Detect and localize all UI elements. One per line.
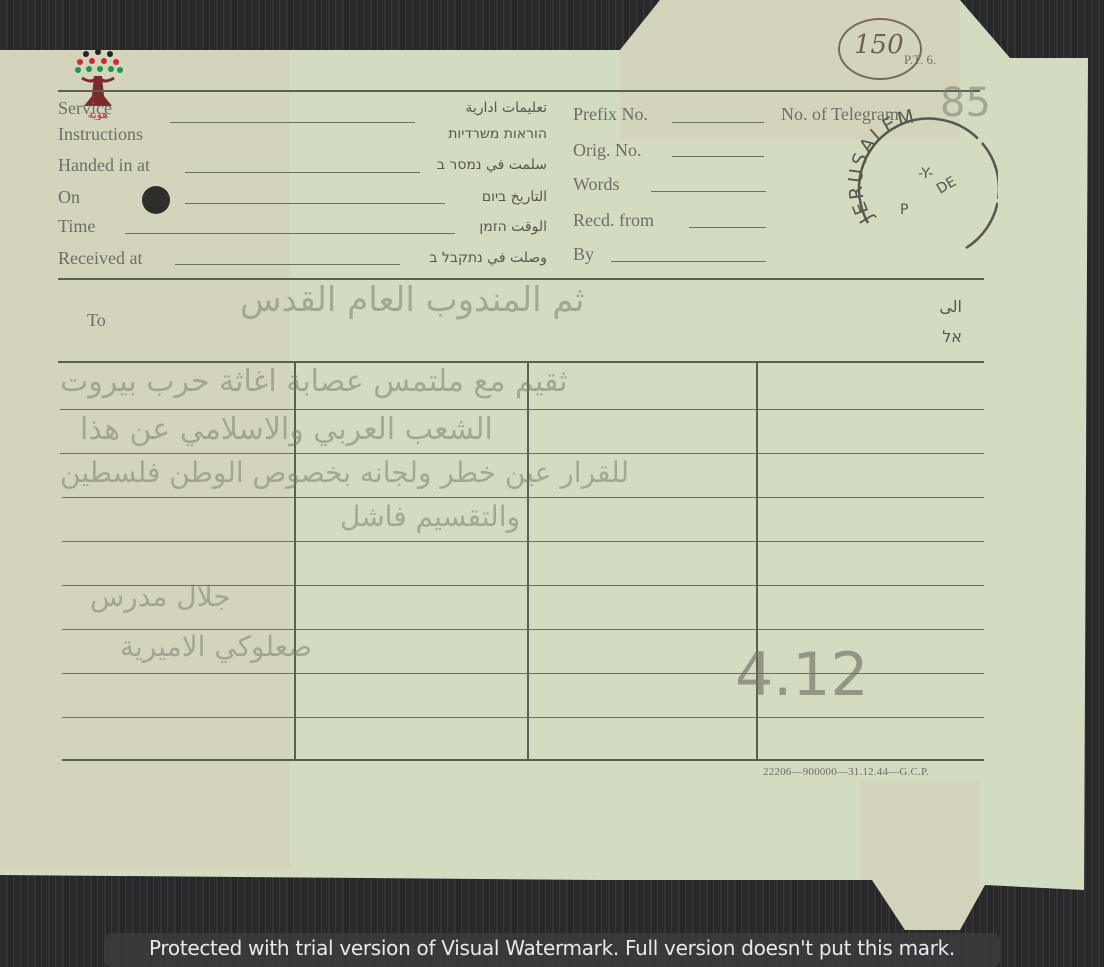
time-label: Time (58, 216, 95, 237)
divider-to (58, 361, 984, 363)
by-line (611, 261, 766, 262)
stamp-line3: P (900, 202, 908, 218)
archive-number-circle: 150 (838, 18, 922, 80)
handed-in-line (185, 172, 420, 173)
received-label-rtl: وصلت في נתקבל ב (429, 250, 547, 266)
handed-in-label-rtl: سلمت في נמסר ב (437, 157, 547, 173)
grid-row-line (62, 497, 984, 498)
recd-from-line (689, 227, 766, 228)
grid-row-line (62, 541, 984, 542)
instructions-label-he: הוראות משרדיות (448, 126, 547, 142)
handwritten-recipient: ثم المندوب العام القدس (240, 280, 584, 320)
grid-row-line (62, 717, 984, 718)
archive-number: 150 (854, 30, 904, 60)
received-at-label: Received at (58, 248, 142, 269)
watermark-text: Protected with trial version of Visual W… (104, 936, 1000, 960)
stamp-line2: DE (934, 174, 959, 198)
on-line (185, 203, 445, 204)
watermark-banner: Protected with trial version of Visual W… (104, 933, 1000, 967)
handwritten-line: للقرار عين خطر ولجانه بخصوص الوطن فلسطين (60, 456, 629, 489)
time-line (125, 233, 455, 234)
time-label-rtl: الوقت הזמן (479, 219, 547, 235)
footer-print-code: 22206—900000—31.12.44—G.C.P. (763, 766, 929, 778)
grid-bottom-rule (62, 759, 984, 761)
handwritten-marginal-number: 4.12 (735, 640, 869, 710)
service-line (170, 122, 415, 123)
words-line (651, 191, 766, 192)
grid-column-divider (527, 363, 529, 759)
stamp-line1: -Y- (918, 166, 933, 182)
on-label: On (58, 187, 80, 208)
by-label: By (573, 244, 594, 265)
prefix-no-label: Prefix No. (573, 104, 648, 125)
instructions-label: Instructions (58, 124, 143, 145)
service-label: Service (58, 98, 112, 119)
grid-row-line (60, 453, 984, 454)
to-label: To (87, 310, 106, 331)
orig-no-label: Orig. No. (573, 140, 642, 161)
handwritten-line: والتقسيم فاشل (340, 500, 520, 533)
recd-from-label: Recd. from (573, 210, 654, 231)
received-line (175, 264, 400, 265)
divider-top (58, 90, 980, 92)
handwritten-line: جلال مدرس (90, 580, 231, 613)
handwritten-top-number: 85 (940, 80, 991, 126)
punch-hole (142, 186, 170, 214)
jerusalem-postmark-stamp: JERUSALEM -Y- DE P (848, 108, 998, 258)
handed-in-label: Handed in at (58, 155, 150, 176)
words-label: Words (573, 174, 620, 195)
handwritten-line: صعلوكي الاميرية (120, 630, 312, 663)
orig-line (672, 156, 764, 157)
prefix-line (672, 122, 764, 123)
grid-row-line (60, 409, 984, 410)
to-label-he: אל (942, 327, 962, 346)
handwritten-line: ثقيم مع ملتمس عصابة اغاثة حرب بيروت (60, 364, 568, 399)
form-code: P.T. 6. (904, 52, 936, 68)
to-label-ar: الى (939, 297, 962, 316)
service-label-ar: تعليمات ادارية (465, 100, 547, 116)
handwritten-line: الشعب العربي والاسلامي عن هذا (80, 412, 493, 447)
on-label-rtl: التاريخ ביום (482, 189, 547, 205)
